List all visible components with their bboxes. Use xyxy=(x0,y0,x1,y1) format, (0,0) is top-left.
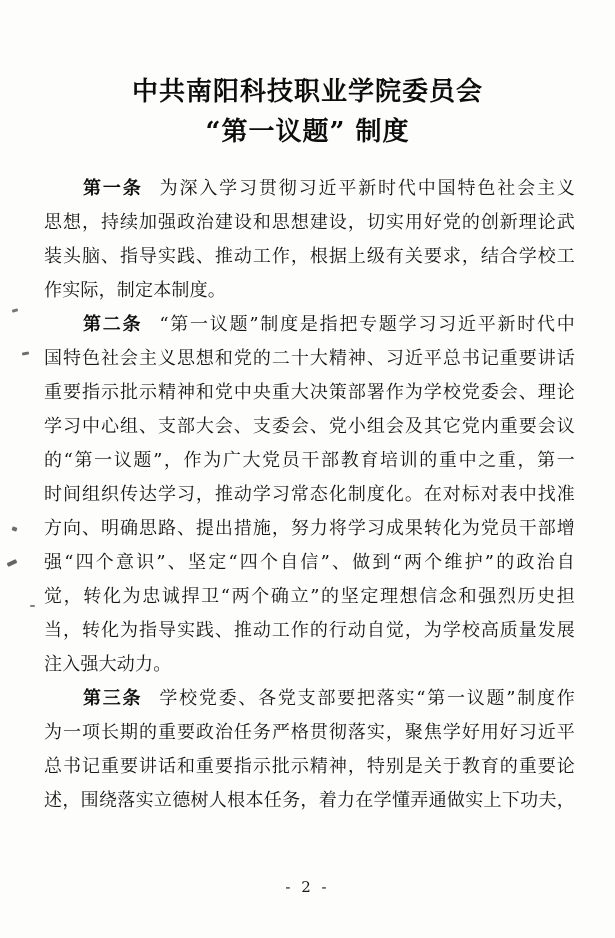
body-line: 国特色社会主义思想和党的二十大精神、习近平总书记重要讲话 xyxy=(44,342,575,376)
body-line: 重要指示批示精神和党中央重大决策部署作为学校党委会、理论 xyxy=(44,376,575,410)
body-line-text: “第一议题”制度是指把专题学习习近平新时代中 xyxy=(159,314,575,335)
scan-speck xyxy=(7,559,18,567)
document-body: 第一条为深入学习贯彻习近平新时代中国特色社会主义 思想，持续加强政治建设和思想建… xyxy=(44,172,575,818)
body-line: 作实际，制定本制度。 xyxy=(44,274,575,308)
body-line: 第三条学校党委、各党支部要把落实“第一议题”制度作 xyxy=(44,682,575,716)
body-line: 当，转化为指导实践、推动工作的行动自觉，为学校高质量发展 xyxy=(44,614,575,648)
body-line: 总书记重要讲话和重要指示批示精神，特别是关于教育的重要论 xyxy=(44,750,575,784)
page-number: - 2 - xyxy=(0,878,615,896)
scan-speck xyxy=(30,605,35,607)
body-line: 第一条为深入学习贯彻习近平新时代中国特色社会主义 xyxy=(44,172,575,206)
body-line: 为一项长期的重要政治任务严格贯彻落实，聚焦学好用好习近平 xyxy=(44,716,575,750)
body-line-text: 为深入学习贯彻习近平新时代中国特色社会主义 xyxy=(160,178,575,199)
body-line: 的“第一议题”，作为广大党员干部教育培训的重中之重，第一 xyxy=(44,444,575,478)
article-label: 第一条 xyxy=(83,178,143,199)
article-label: 第三条 xyxy=(83,688,142,709)
document-page: 中共南阳科技职业学院委员会 “第一议题” 制度 第一条为深入学习贯彻习近平新时代… xyxy=(0,0,615,938)
body-line: 强“四个意识”、坚定“四个自信”、做到“两个维护”的政治自 xyxy=(44,546,575,580)
body-line: 学习中心组、支部大会、支委会、党小组会及其它党内重要会议 xyxy=(44,410,575,444)
body-line: 时间组织传达学习，推动学习常态化制度化。在对标对表中找准 xyxy=(44,478,575,512)
body-line: 方向、明确思路、提出措施，努力将学习成果转化为党员干部增 xyxy=(44,512,575,546)
scan-speck xyxy=(11,526,17,531)
document-title-line-2: “第一议题” 制度 xyxy=(0,112,615,152)
body-line: 述，围绕落实立德树人根本任务，着力在学懂弄通做实上下功夫， xyxy=(44,784,575,818)
body-line: 思想，持续加强政治建设和思想建设，切实用好党的创新理论武 xyxy=(44,206,575,240)
document-title: 中共南阳科技职业学院委员会 “第一议题” 制度 xyxy=(0,0,615,152)
body-line: 装头脑、指导实践、推动工作，根据上级有关要求，结合学校工 xyxy=(44,240,575,274)
document-title-line-1: 中共南阳科技职业学院委员会 xyxy=(0,72,615,112)
body-line: 觉，转化为忠诚捍卫“两个确立”的坚定理想信念和强烈历史担 xyxy=(44,580,575,614)
body-line: 注入强大动力。 xyxy=(44,648,575,682)
article-label: 第二条 xyxy=(83,314,142,335)
body-line-text: 学校党委、各党支部要把落实“第一议题”制度作 xyxy=(159,688,575,709)
scan-speck xyxy=(12,308,19,312)
body-line: 第二条“第一议题”制度是指把专题学习习近平新时代中 xyxy=(44,308,575,342)
scan-speck xyxy=(22,351,29,355)
